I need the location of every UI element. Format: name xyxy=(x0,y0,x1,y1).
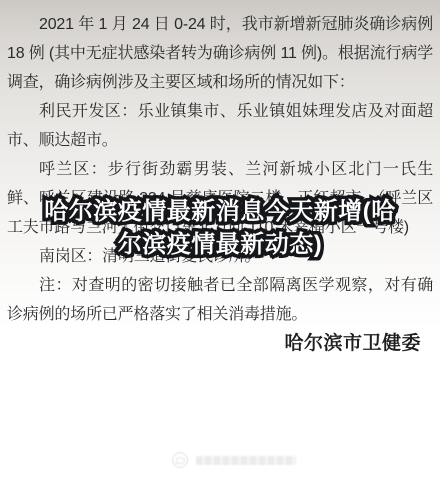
signature-health-commission: 哈尔滨市卫健委 xyxy=(7,329,433,358)
paragraph-intro: 2021 年 1 月 24 日 0-24 时，我市新增新冠肺炎确诊病例 18 例… xyxy=(7,10,433,97)
paragraph-note: 注：对查明的密切接触者已全部隔离医学观察，对有确诊病例的场所已严格落实了相关消毒… xyxy=(7,271,433,329)
paragraph-limin-district: 利民开发区：乐业镇集市、乐业镇姐妹理发店及对面超市、顺达超市。 xyxy=(7,97,433,155)
overlay-headline: 哈尔滨疫情最新消息今天新增(哈 尔滨疫情最新动态) xyxy=(0,195,440,261)
watermark-logo-icon xyxy=(172,452,188,468)
watermark xyxy=(172,452,296,468)
watermark-text-illegible xyxy=(196,456,296,465)
overlay-headline-line1: 哈尔滨疫情最新消息今天新增(哈 xyxy=(0,195,440,228)
overlay-headline-line2: 尔滨疫情最新动态) xyxy=(0,228,440,261)
announcement-document: 2021 年 1 月 24 日 0-24 时，我市新增新冠肺炎确诊病例 18 例… xyxy=(0,0,440,358)
